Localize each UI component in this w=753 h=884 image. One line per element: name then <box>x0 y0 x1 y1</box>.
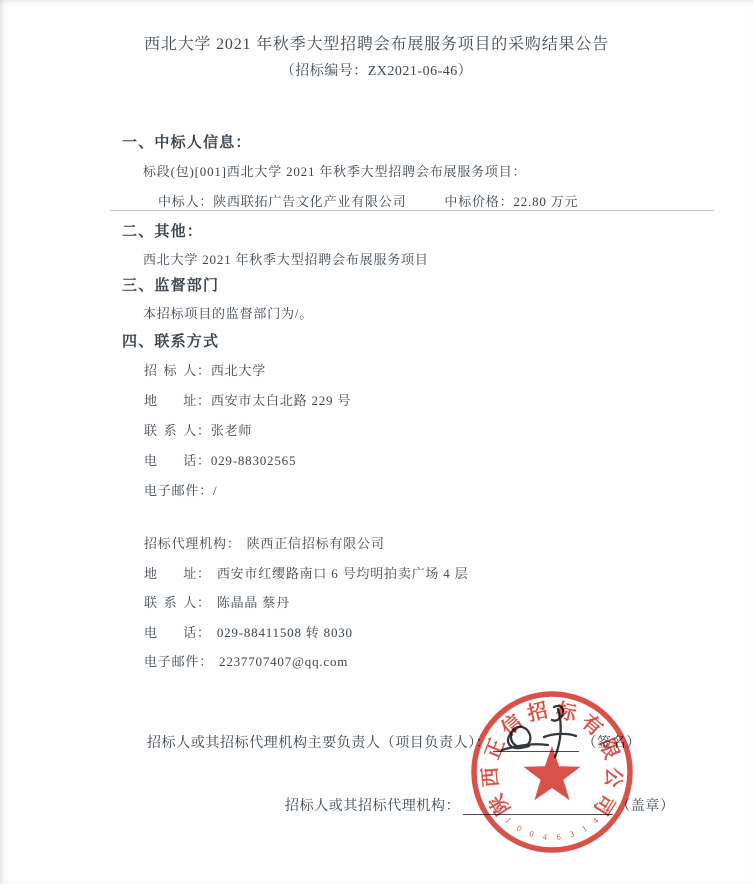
colon: ： <box>197 566 211 581</box>
contact-row-address: 地址：西安市太白北路 229 号 <box>144 390 351 420</box>
contact-label: 地址 <box>144 390 197 409</box>
colon: ： <box>197 453 211 468</box>
contact-value: 029-88411508 转 8030 <box>211 625 353 640</box>
signature-line1-label: 招标人或其招标代理机构主要负责人（项目负责人）： <box>147 736 490 751</box>
section-heading-other: 二、其他： <box>122 220 203 241</box>
contact-value: 西北大学 <box>211 363 266 378</box>
winner-company-name: 陕西联拓广告文化产业有限公司 <box>213 194 406 209</box>
colon: ： <box>197 363 211 378</box>
svg-text:1: 1 <box>503 815 513 826</box>
svg-text:0: 0 <box>528 828 536 839</box>
svg-text:4: 4 <box>590 815 600 826</box>
section-heading-contact: 四、联系方式 <box>122 330 219 351</box>
contact-label: 电子邮件 <box>144 480 199 499</box>
svg-text:0: 0 <box>515 823 524 834</box>
contact-row-email: 电子邮件：2237707407@qq.com <box>144 651 468 681</box>
agency-contact-block: 招标代理机构：陕西正信招标有限公司 地址：西安市红缨路南口 6 号均明拍卖广场 … <box>144 533 468 681</box>
colon: ： <box>197 393 211 408</box>
winner-price-value: 22.80 万元 <box>513 194 578 209</box>
contact-row-person: 联系人：陈晶晶 蔡丹 <box>144 592 468 622</box>
contact-row-agency: 招标代理机构：陕西正信招标有限公司 <box>144 533 468 563</box>
contact-value: 陈晶晶 蔡丹 <box>211 595 290 610</box>
contact-row-person: 联系人：张老师 <box>144 420 351 450</box>
section-heading-supervision: 三、监督部门 <box>122 274 219 295</box>
table-divider-line <box>110 210 714 211</box>
contact-value: 西安市红缨路南口 6 号均明拍卖广场 4 层 <box>211 566 469 581</box>
winner-price-label: 中标价格： <box>444 194 513 209</box>
winner-row: 中标人：陕西联拓广告文化产业有限公司中标价格：22.80 万元 <box>158 191 578 210</box>
colon: ： <box>197 625 211 640</box>
contact-row-tenderer: 招标人：西北大学 <box>144 360 351 390</box>
svg-text:4: 4 <box>542 831 548 841</box>
contact-label: 电话 <box>144 450 197 469</box>
contact-row-email: 电子邮件：/ <box>144 480 351 510</box>
supervision-section-body: 本招标项目的监督部门为/。 <box>143 303 313 322</box>
contact-value: 2237707407@qq.com <box>213 654 348 669</box>
colon: ： <box>197 423 211 438</box>
svg-text:6: 6 <box>556 831 562 841</box>
tender-number-subtitle: （招标编号：ZX2021-06-46） <box>0 60 753 80</box>
contact-value: 029-88302565 <box>211 453 296 468</box>
contact-label: 地址 <box>144 563 197 582</box>
page-title: 西北大学 2021 年秋季大型招聘会布展服务项目的采购结果公告 <box>0 31 753 54</box>
colon: ： <box>197 595 211 610</box>
contact-label: 电子邮件 <box>144 651 199 670</box>
contact-row-address: 地址：西安市红缨路南口 6 号均明拍卖广场 4 层 <box>144 563 468 593</box>
lot-package-line: 标段(包)[001]西北大学 2021 年秋季大型招聘会布展服务项目： <box>143 161 526 180</box>
contact-row-phone: 电话：029-88411508 转 8030 <box>144 622 468 652</box>
signature-line2-label: 招标人或其招标代理机构： <box>285 799 460 814</box>
contact-row-phone: 电话：029-88302565 <box>144 450 351 480</box>
colon: ： <box>199 654 213 669</box>
contact-label: 联系人 <box>144 592 197 611</box>
section-heading-winner-info: 一、中标人信息： <box>122 131 252 152</box>
tenderer-contact-block: 招标人：西北大学 地址：西安市太白北路 229 号 联系人：张老师 电话：029… <box>144 360 351 510</box>
colon: ： <box>227 536 241 551</box>
contact-value: 张老师 <box>211 423 252 438</box>
contact-label: 联系人 <box>144 420 197 439</box>
winner-label: 中标人： <box>158 194 213 209</box>
contact-label: 招标人 <box>144 360 197 379</box>
contact-label: 招标代理机构 <box>144 533 227 552</box>
svg-text:1: 1 <box>580 823 589 834</box>
contact-value: / <box>213 483 217 498</box>
svg-text:3: 3 <box>568 828 576 839</box>
contact-value: 西安市太白北路 229 号 <box>211 393 351 408</box>
contact-label: 电话 <box>144 622 197 641</box>
contact-value: 陕西正信招标有限公司 <box>241 536 385 551</box>
handwritten-signature <box>495 700 610 770</box>
colon: ： <box>199 483 213 498</box>
other-section-body: 西北大学 2021 年秋季大型招聘会布展服务项目 <box>143 249 429 268</box>
